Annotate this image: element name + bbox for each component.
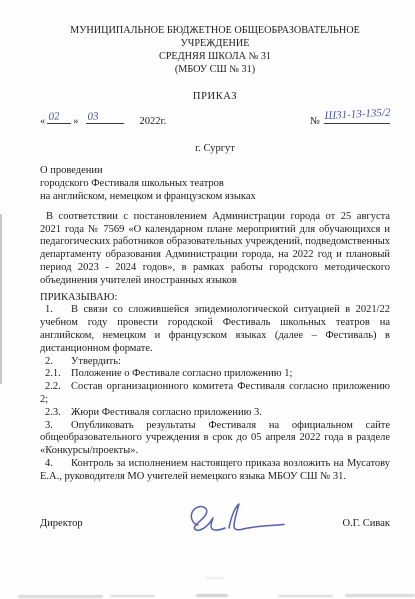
order-number-field: № Ш31-13-135/2 bbox=[310, 112, 390, 129]
scan-edge-artifact bbox=[0, 214, 2, 384]
subject-block: О проведении городского Фестиваля школьн… bbox=[40, 165, 390, 203]
order-item-1: 1.В связи со сложившейся эпидемиологичес… bbox=[40, 304, 390, 355]
doc-type-title: ПРИКАЗ bbox=[40, 91, 390, 104]
order-number-label: № bbox=[310, 116, 320, 129]
scan-artifact bbox=[110, 595, 155, 597]
org-name-line3: (МБОУ СШ № 31) bbox=[40, 63, 390, 76]
subject-line3: на английском, немецком и французском яз… bbox=[40, 191, 390, 204]
signature-row: Директор О.Г. Сивак bbox=[40, 518, 390, 531]
signature-ink bbox=[182, 500, 292, 542]
order-item-2-2-number: 2.2. bbox=[45, 381, 71, 394]
date-number-row: « 02 » 03 2022г. № Ш31-13-135/2 bbox=[40, 112, 390, 129]
order-word: ПРИКАЗЫВАЮ: bbox=[40, 292, 390, 305]
order-item-2-3: 2.3.Жюри Фестиваля согласно приложению 3… bbox=[40, 407, 390, 420]
order-item-3-text: Опубликовать результаты Фестиваля на офи… bbox=[40, 420, 390, 457]
order-item-1-text: В связи со сложившейся эпидемиологическо… bbox=[40, 304, 390, 353]
order-item-2-number: 2. bbox=[45, 356, 71, 369]
order-item-1-number: 1. bbox=[45, 304, 71, 317]
handwritten-order-number: Ш31-13-135/2 bbox=[324, 107, 390, 123]
order-item-2-3-number: 2.3. bbox=[45, 407, 71, 420]
order-item-2-2-text: Состав организационного комитета Фестива… bbox=[40, 381, 390, 405]
signer-name: О.Г. Сивак bbox=[342, 518, 390, 531]
date-close-quote: » bbox=[73, 116, 78, 129]
order-item-2: 2.Утвердить: bbox=[40, 356, 390, 369]
handwritten-day: 02 bbox=[48, 110, 60, 124]
order-item-2-3-text: Жюри Фестиваля согласно приложению 3. bbox=[71, 407, 262, 418]
signer-role: Директор bbox=[40, 518, 83, 531]
org-header: МУНИЦИПАЛЬНОЕ БЮДЖЕТНОЕ ОБЩЕОБРАЗОВАТЕЛЬ… bbox=[40, 24, 390, 76]
org-name-line2: СРЕДНЯЯ ШКОЛА № 31 bbox=[40, 50, 390, 63]
scan-artifact bbox=[205, 577, 225, 579]
order-item-4-number: 4. bbox=[45, 458, 71, 471]
scan-artifact bbox=[345, 594, 415, 597]
order-item-4: 4.Контроль за исполнением настоящего при… bbox=[40, 458, 390, 484]
scan-artifact bbox=[18, 595, 103, 598]
preamble-paragraph: В соответствии с постановлением Админист… bbox=[40, 211, 390, 288]
order-item-2-text: Утвердить: bbox=[71, 356, 121, 367]
scan-artifact bbox=[196, 594, 228, 597]
order-item-3: 3.Опубликовать результаты Фестиваля на о… bbox=[40, 420, 390, 458]
city-line: г. Сургут bbox=[40, 143, 390, 156]
document-page: МУНИЦИПАЛЬНОЕ БЮДЖЕТНОЕ ОБЩЕОБРАЗОВАТЕЛЬ… bbox=[0, 0, 415, 599]
document-content: МУНИЦИПАЛЬНОЕ БЮДЖЕТНОЕ ОБЩЕОБРАЗОВАТЕЛЬ… bbox=[0, 0, 415, 530]
date-month-blank: 03 bbox=[86, 112, 124, 124]
date-year: 2022г. bbox=[140, 116, 167, 129]
subject-line1: О проведении bbox=[40, 165, 390, 178]
order-item-3-number: 3. bbox=[45, 420, 71, 433]
order-item-2-2: 2.2.Состав организационного комитета Фес… bbox=[40, 381, 390, 407]
order-item-2-1: 2.1.Положение о Фестивале согласно прило… bbox=[40, 368, 390, 381]
handwritten-month: 03 bbox=[87, 110, 99, 124]
date-day-blank: 02 bbox=[47, 112, 71, 124]
scan-artifact bbox=[278, 595, 333, 597]
order-item-2-1-number: 2.1. bbox=[45, 368, 71, 381]
order-item-4-text: Контроль за исполнением настоящего прика… bbox=[40, 458, 390, 482]
order-item-2-1-text: Положение о Фестивале согласно приложени… bbox=[71, 368, 292, 379]
order-number-blank: Ш31-13-135/2 bbox=[324, 112, 390, 124]
date-open-quote: « bbox=[40, 116, 45, 129]
subject-line2: городского Фестиваля школьных театров bbox=[40, 178, 390, 191]
org-name-line1: МУНИЦИПАЛЬНОЕ БЮДЖЕТНОЕ ОБЩЕОБРАЗОВАТЕЛЬ… bbox=[40, 24, 390, 50]
